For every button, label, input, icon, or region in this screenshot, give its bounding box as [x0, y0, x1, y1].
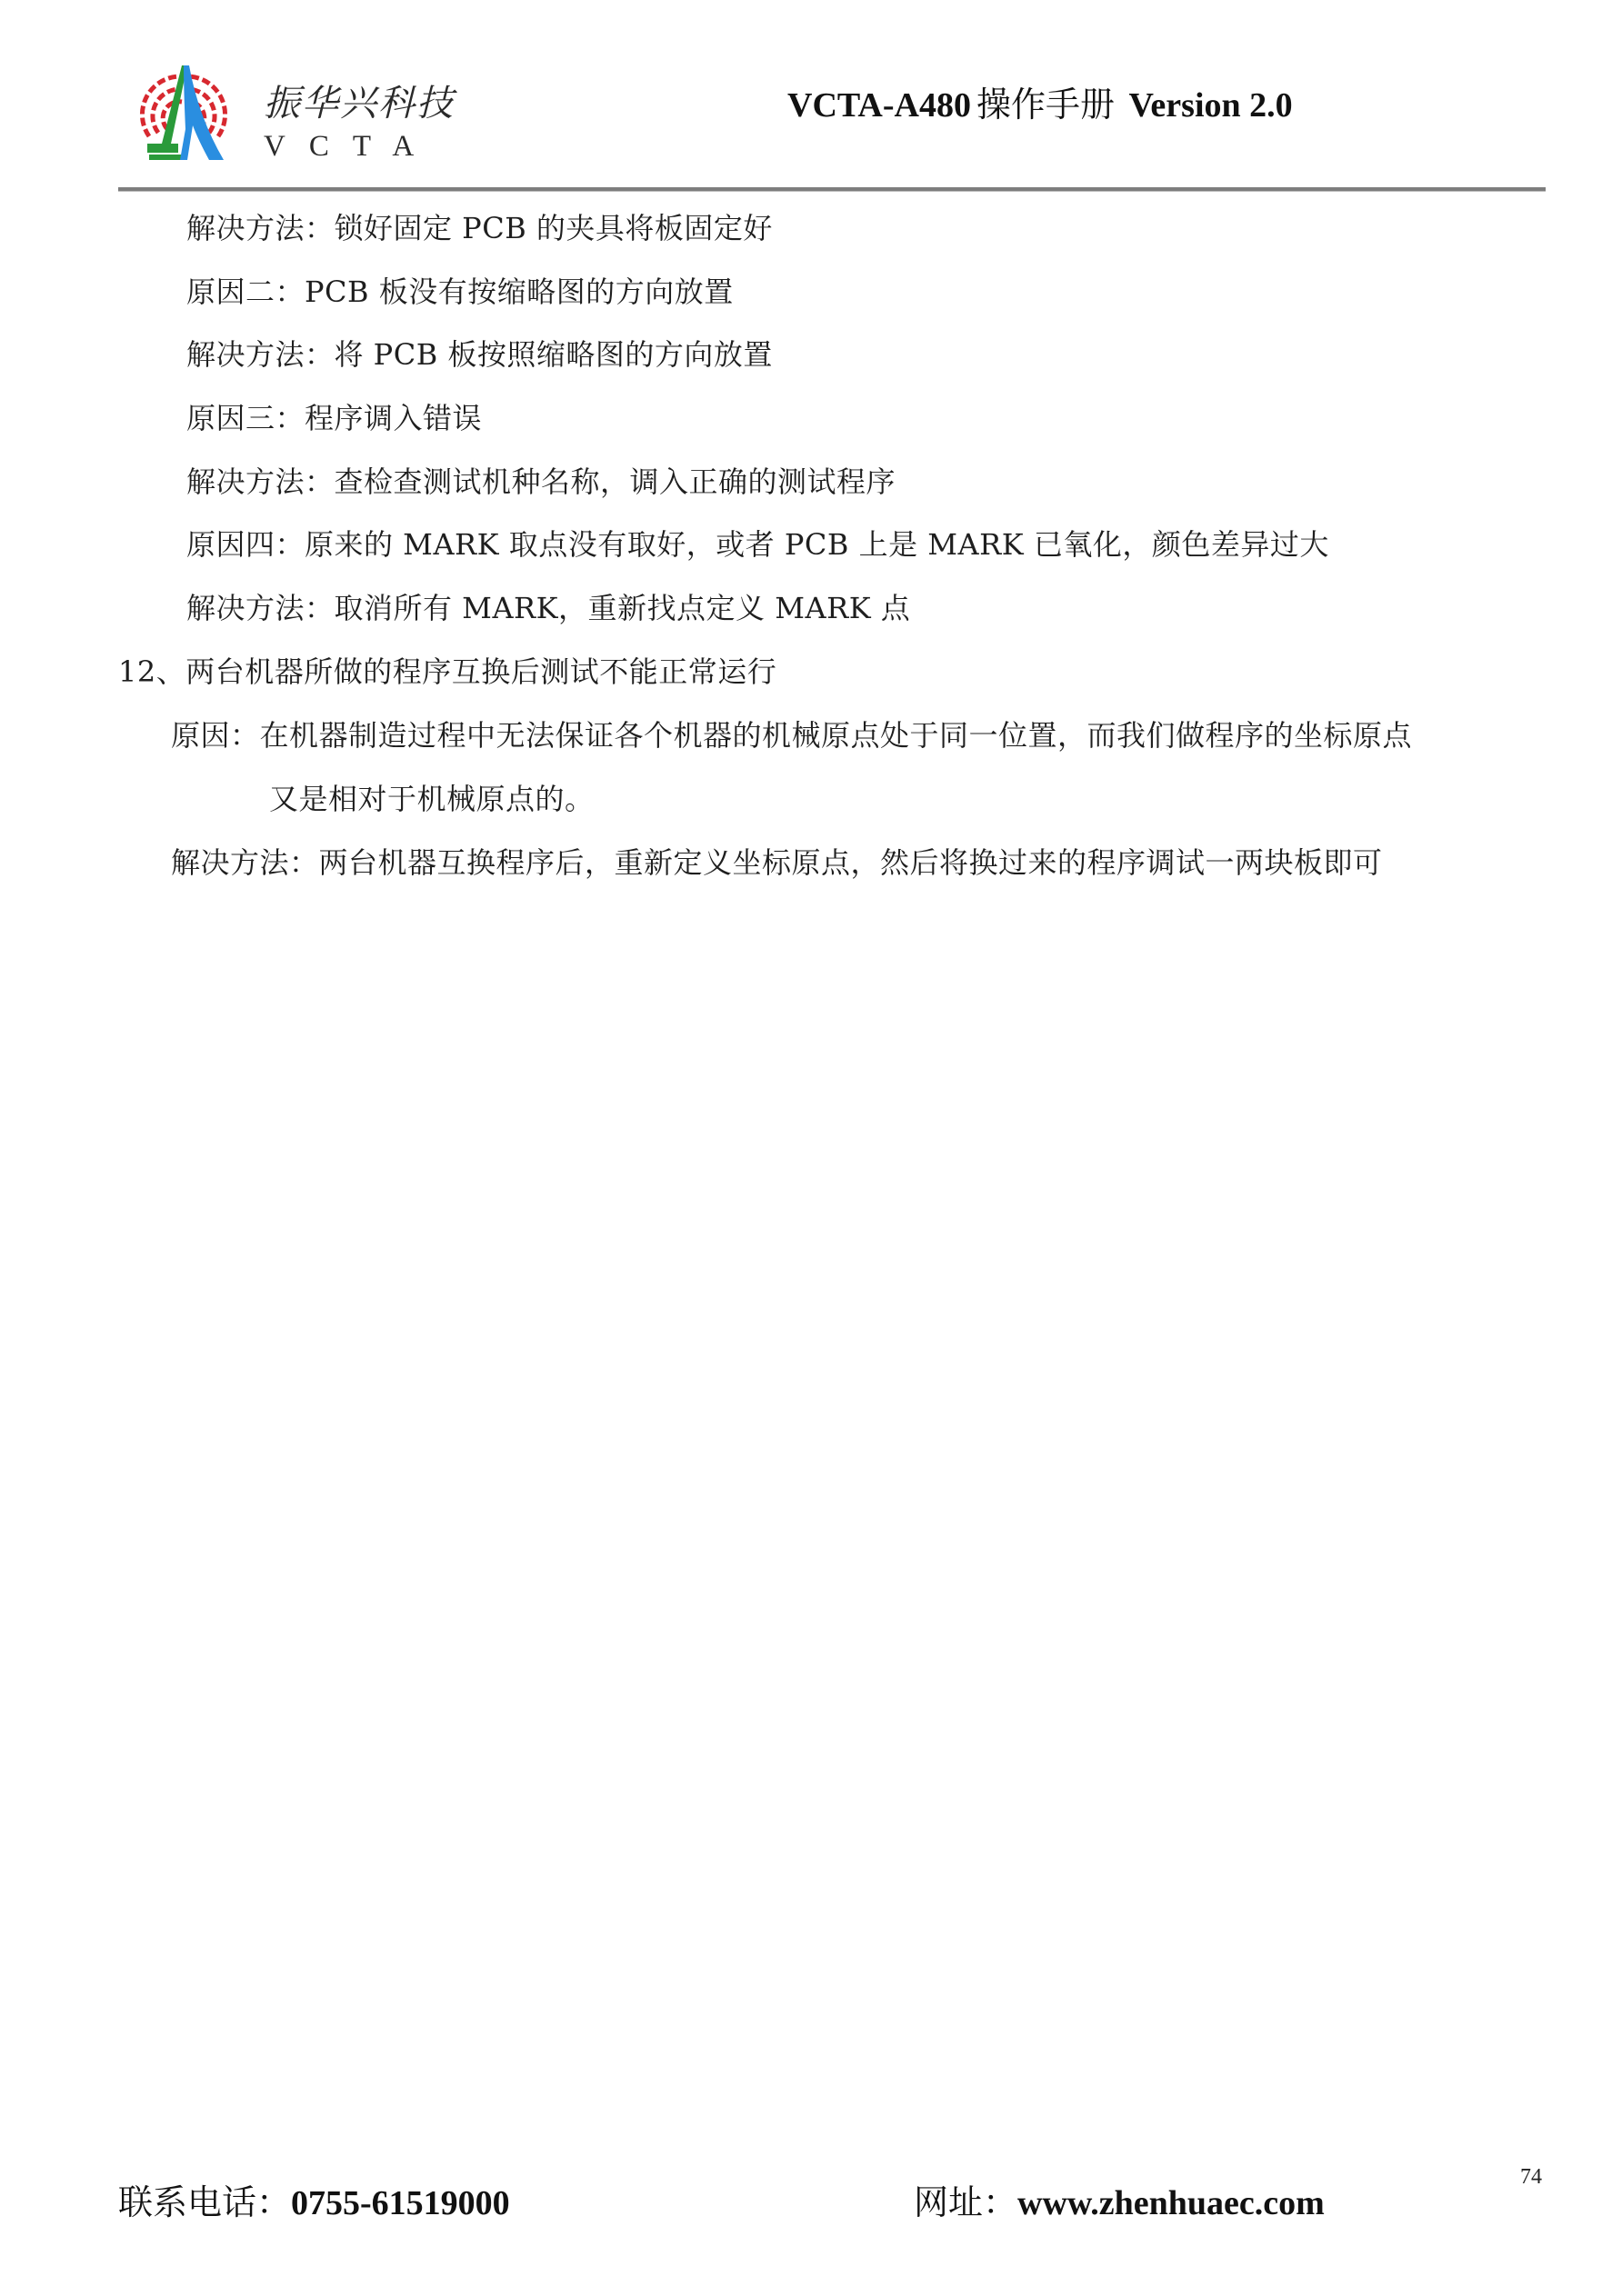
phone-value: 0755-61519000: [291, 2184, 510, 2222]
website-label: 网址：: [914, 2182, 1017, 2222]
phone-label: 联系电话：: [118, 2182, 291, 2222]
vcta-tower-logo-icon: [129, 53, 238, 171]
section-heading: 12、两台机器所做的程序互换后测试不能正常运行: [118, 649, 776, 691]
title-version: Version 2.0: [1128, 86, 1292, 125]
brand-name-en: VCTA: [264, 130, 437, 164]
body-line: 又是相对于机械原点的。: [269, 776, 595, 818]
page-number: 74: [1520, 2165, 1542, 2190]
page-footer: 联系电话：0755-61519000 网址：www.zhenhuaec.com …: [0, 2154, 1622, 2245]
body-line: 原因二：PCB 板没有按缩略图的方向放置: [186, 269, 734, 311]
brand-name-cn: 振华兴科技: [264, 75, 455, 126]
body-line: 解决方法：将 PCB 板按照缩略图的方向放置: [186, 332, 773, 374]
document-title: VCTA-A480操作手册 Version 2.0: [787, 76, 1293, 126]
body-line: 原因三：程序调入错误: [186, 395, 482, 437]
website-link[interactable]: www.zhenhuaec.com: [1017, 2184, 1325, 2222]
header-divider: [118, 187, 1546, 192]
body-line: 解决方法：查检查测试机种名称，调入正确的测试程序: [186, 459, 896, 501]
body-line: 解决方法：两台机器互换程序后，重新定义坐标原点，然后将换过来的程序调试一两块板即…: [171, 840, 1383, 882]
contact-website: 网址：www.zhenhuaec.com: [914, 2174, 1325, 2224]
title-manual: 操作手册: [976, 85, 1115, 125]
body-line: 解决方法：取消所有 MARK，重新找点定义 MARK 点: [186, 585, 910, 627]
title-model: VCTA-A480: [787, 86, 971, 125]
page-header: 振华兴科技 VCTA VCTA-A480操作手册 Version 2.0: [0, 0, 1622, 195]
contact-phone: 联系电话：0755-61519000: [118, 2174, 510, 2224]
body-line: 原因：在机器制造过程中无法保证各个机器的机械原点处于同一位置，而我们做程序的坐标…: [171, 713, 1412, 754]
body-line: 解决方法：锁好固定 PCB 的夹具将板固定好: [186, 205, 773, 247]
body-line: 原因四：原来的 MARK 取点没有取好，或者 PCB 上是 MARK 已氧化，颜…: [186, 522, 1329, 564]
